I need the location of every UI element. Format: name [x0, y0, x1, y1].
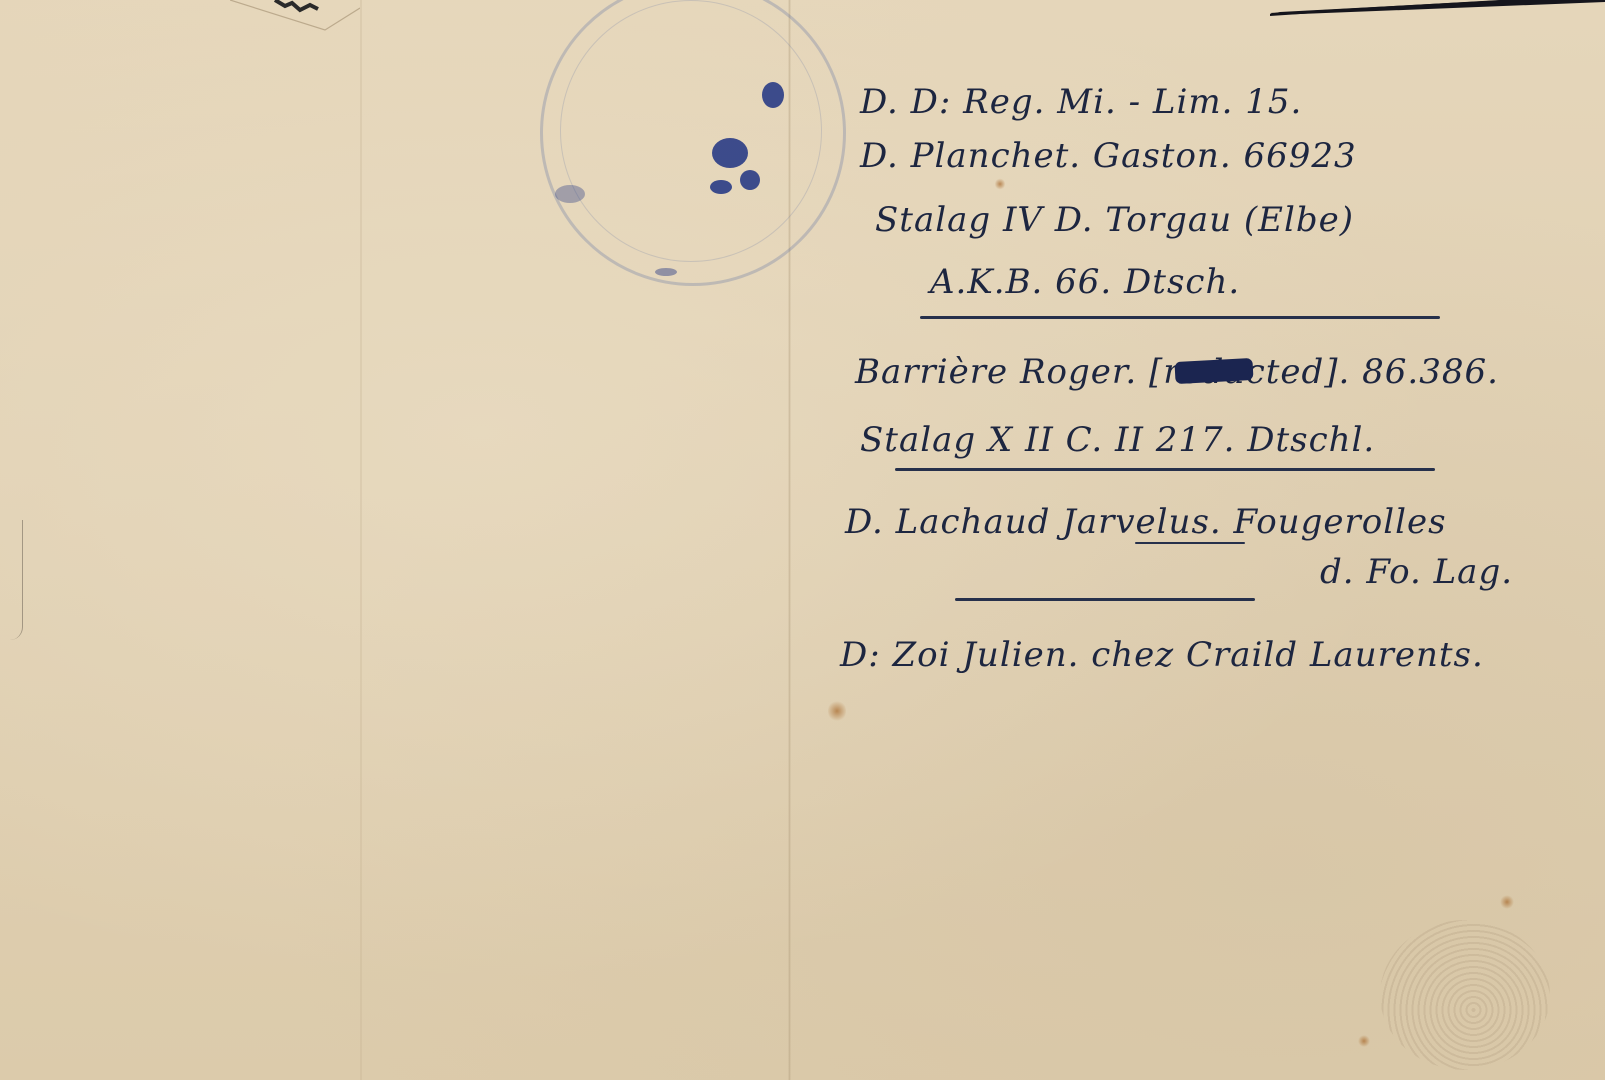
foxing-spot [1358, 1035, 1370, 1047]
fingerprint-smudge [1380, 920, 1550, 1070]
paper-fold-left [360, 0, 362, 1080]
entry-1-line-3: Stalag IV D. Torgau (Elbe) [875, 200, 1354, 240]
entry-1-line-4: A.K.B. 66. Dtsch. [930, 262, 1240, 302]
name-underline [1135, 542, 1245, 544]
circular-stamp-inner-ring [560, 0, 822, 262]
entry-3-line-1: D. Lachaud Jarvelus. Fougerolles [845, 502, 1447, 542]
separator-rule [955, 598, 1255, 601]
stamp-ink-blot [762, 82, 784, 108]
entry-4-line-1: D: Zoi Julien. chez Craild Laurents. [840, 635, 1484, 675]
stamp-ink-blot [555, 185, 585, 203]
foxing-spot [1500, 895, 1514, 909]
stamp-ink-blot [712, 138, 748, 168]
redaction-scribble [1174, 358, 1253, 384]
entry-1-line-2: D. Planchet. Gaston. 66923 [860, 136, 1357, 176]
entry-3-line-2: d. Fo. Lag. [1320, 552, 1513, 592]
entry-2-line-2: Stalag X II C. II 217. Dtschl. [860, 420, 1375, 460]
torn-corner-top-left [230, 0, 360, 32]
entry-1-line-1: D. D: Reg. Mi. - Lim. 15. [860, 82, 1302, 122]
foxing-spot [995, 178, 1005, 190]
stamp-ink-blot [710, 180, 732, 194]
stamp-ink-blot [740, 170, 760, 190]
separator-rule [895, 468, 1435, 471]
separator-rule [920, 316, 1440, 319]
stamp-ink-blot [655, 268, 677, 276]
left-edge-mark [10, 520, 23, 640]
foxing-spot [828, 700, 846, 722]
dark-corner-top-right [1270, 0, 1605, 16]
